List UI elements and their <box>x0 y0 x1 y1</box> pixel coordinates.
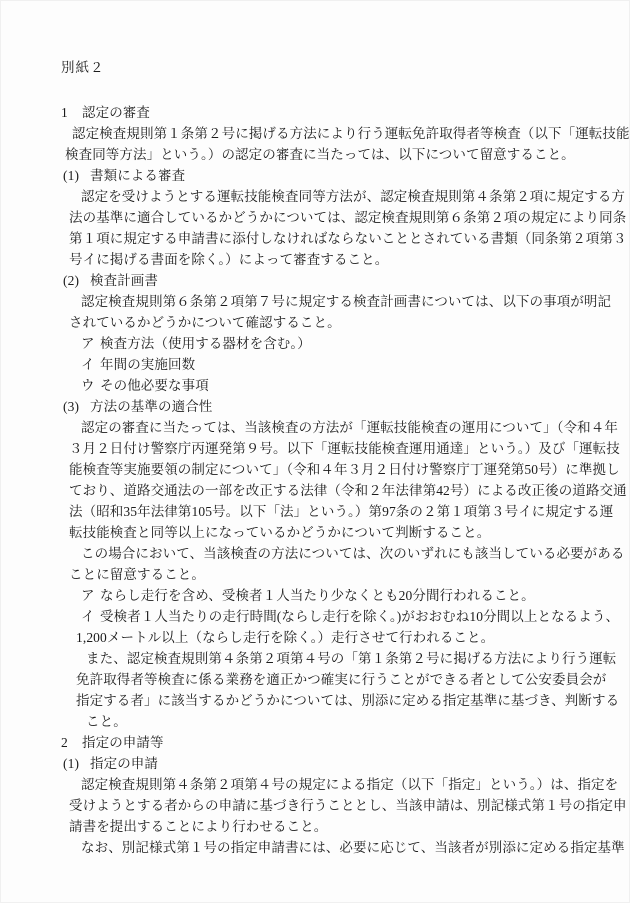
item-marker: (1) <box>63 753 90 774</box>
line-text: ３月２日付け警察庁丙運発第９号。以下「運転技能検査運用通達」という。）及び「運転… <box>69 441 620 456</box>
line-text: 請書を提出することにより行わせること。 <box>69 819 327 834</box>
line-text: 能検査等実施要領の制定について」（令和４年３月２日付け警察庁丁運発第50号）に準… <box>69 462 620 477</box>
doc-line: 認定を受けようとする運転技能検査同等方法が、認定検査規則第４条第２項に規定する方 <box>0 186 630 207</box>
doc-line: (1)指定の申請 <box>0 753 630 774</box>
line-text: 第１項に規定する申請書に添付しなければならないこととされている書類（同条第２項第… <box>69 231 627 246</box>
item-marker: (1) <box>63 165 90 186</box>
item-marker: ア <box>81 333 100 354</box>
item-marker: 1 <box>61 102 82 123</box>
doc-line: (3)方法の基準の適合性 <box>0 396 630 417</box>
doc-line: イ年間の実施回数 <box>0 354 630 375</box>
line-text: 号イに掲げる書面を除く。）によって審査すること。 <box>69 252 388 267</box>
document-page: 別紙２ 1認定の審査認定検査規則第１条第２号に掲げる方法により行う運転免許取得者… <box>0 0 630 903</box>
doc-line: 能検査等実施要領の制定について」（令和４年３月２日付け警察庁丁運発第50号）に準… <box>0 459 630 480</box>
item-marker: (3) <box>63 396 90 417</box>
doc-line: 認定検査規則第６条第２項第７号に規定する検査計画書については、以下の事項が明記 <box>0 291 630 312</box>
doc-line: 請書を提出することにより行わせること。 <box>0 816 630 837</box>
line-text: こと。 <box>86 714 127 729</box>
doc-line: されているかどうかについて確認すること。 <box>0 312 630 333</box>
line-text: 認定の審査に当たっては、当該検査の方法が「運転技能検査の運用について」（令和４年 <box>81 420 618 435</box>
doc-line: 認定検査規則第１条第２号に掲げる方法により行う運転免許取得者等検査（以下「運転技… <box>0 123 630 144</box>
line-text: 指定の申請 <box>90 756 158 771</box>
line-text: 法（昭和35年法律第105号。以下「法」という。）第97条の２第１項第３号イに規… <box>69 504 613 519</box>
line-text: 検査方法（使用する器材を含む。） <box>100 336 311 351</box>
line-text: 受けようとする者からの申請に基づき行うこととし、当該申請は、別記様式第１号の指定… <box>69 798 627 813</box>
line-text: 年間の実施回数 <box>100 357 195 372</box>
doc-line: 2指定の申請等 <box>0 732 630 753</box>
line-text: 認定検査規則第６条第２項第７号に規定する検査計画書については、以下の事項が明記 <box>81 294 611 309</box>
doc-line: (1)書類による審査 <box>0 165 630 186</box>
line-text: ており、道路交通法の一部を改正する法律（令和２年法律第42号）による改正後の道路… <box>69 483 627 498</box>
doc-line: こと。 <box>0 711 630 732</box>
item-marker: 2 <box>61 732 82 753</box>
line-text: この場合において、当該検査の方法については、次のいずれにも該当している必要がある <box>81 546 624 561</box>
line-text: 検査同等方法」という。）の認定の審査に当たっては、以下について留意すること。 <box>65 147 575 162</box>
line-text: されているかどうかについて確認すること。 <box>69 315 341 330</box>
doc-line: 転技能検査と同等以上になっているかどうかについて判断すること。 <box>0 522 630 543</box>
line-text: なお、別記様式第１号の指定申請書には、必要に応じて、当該者が別添に定める指定基準 <box>81 840 625 855</box>
line-text: 指定の申請等 <box>82 735 164 750</box>
doc-line: 指定する者」に該当するかどうかについては、別添に定める指定基準に基づき、判断する <box>0 690 630 711</box>
line-text: また、認定検査規則第４条第２項第４号の「第１条第２号に掲げる方法により行う運転 <box>86 651 616 666</box>
doc-line: また、認定検査規則第４条第２項第４号の「第１条第２号に掲げる方法により行う運転 <box>0 648 630 669</box>
doc-line: 法（昭和35年法律第105号。以下「法」という。）第97条の２第１項第３号イに規… <box>0 501 630 522</box>
doc-line: アならし走行を含め、受検者１人当たり少なくとも20分間行われること。 <box>0 585 630 606</box>
item-marker: イ <box>81 354 100 375</box>
line-text: 認定の審査 <box>82 105 150 120</box>
line-text: 転技能検査と同等以上になっているかどうかについて判断すること。 <box>69 525 490 540</box>
doc-line: ており、道路交通法の一部を改正する法律（令和２年法律第42号）による改正後の道路… <box>0 480 630 501</box>
doc-line: 認定検査規則第４条第２項第４号の規定による指定（以下「指定」という。）は、指定を <box>0 774 630 795</box>
line-text: 法の基準に適合しているかどうかについては、認定検査規則第６条第２項の規定により同… <box>69 210 626 225</box>
doc-line: (2)検査計画書 <box>0 270 630 291</box>
doc-line: この場合において、当該検査の方法については、次のいずれにも該当している必要がある <box>0 543 630 564</box>
line-text: ことに留意すること。 <box>69 567 205 582</box>
doc-line: ことに留意すること。 <box>0 564 630 585</box>
doc-line: 法の基準に適合しているかどうかについては、認定検査規則第６条第２項の規定により同… <box>0 207 630 228</box>
line-text: 指定する者」に該当するかどうかについては、別添に定める指定基準に基づき、判断する <box>76 693 619 708</box>
doc-line: ア検査方法（使用する器材を含む。） <box>0 333 630 354</box>
line-text: ならし走行を含め、受検者１人当たり少なくとも20分間行われること。 <box>100 588 535 603</box>
line-text: 免許取得者等検査に係る業務を適正かつ確実に行うことができる者として公安委員会が <box>76 672 606 687</box>
doc-line: 免許取得者等検査に係る業務を適正かつ確実に行うことができる者として公安委員会が <box>0 669 630 690</box>
doc-line: ウその他必要な事項 <box>0 375 630 396</box>
item-marker: ア <box>81 585 100 606</box>
line-text: 1,200メートル以上（ならし走行を除く。）走行させて行われること。 <box>76 630 494 645</box>
document-body: 1認定の審査認定検査規則第１条第２号に掲げる方法により行う運転免許取得者等検査（… <box>0 102 630 858</box>
doc-line: 第１項に規定する申請書に添付しなければならないこととされている書類（同条第２項第… <box>0 228 630 249</box>
doc-line: 認定の審査に当たっては、当該検査の方法が「運転技能検査の運用について」（令和４年 <box>0 417 630 438</box>
line-text: 受検者１人当たりの走行時間(ならし走行を除く。)がおおむね10分間以上となるよう… <box>100 609 619 624</box>
doc-line: ３月２日付け警察庁丙運発第９号。以下「運転技能検査運用通達」という。）及び「運転… <box>0 438 630 459</box>
line-text: 書類による審査 <box>90 168 185 183</box>
attachment-label: 別紙２ <box>61 59 105 77</box>
item-marker: イ <box>81 606 100 627</box>
line-text: 認定検査規則第１条第２号に掲げる方法により行う運転免許取得者等検査（以下「運転技… <box>72 126 630 141</box>
line-text: 認定検査規則第４条第２項第４号の規定による指定（以下「指定」という。）は、指定を <box>81 777 618 792</box>
line-text: 認定を受けようとする運転技能検査同等方法が、認定検査規則第４条第２項に規定する方 <box>81 189 625 204</box>
doc-line: 検査同等方法」という。）の認定の審査に当たっては、以下について留意すること。 <box>0 144 630 165</box>
doc-line: 1,200メートル以上（ならし走行を除く。）走行させて行われること。 <box>0 627 630 648</box>
line-text: 検査計画書 <box>90 273 158 288</box>
doc-line: 号イに掲げる書面を除く。）によって審査すること。 <box>0 249 630 270</box>
doc-line: なお、別記様式第１号の指定申請書には、必要に応じて、当該者が別添に定める指定基準 <box>0 837 630 858</box>
doc-line: 1認定の審査 <box>0 102 630 123</box>
line-text: 方法の基準の適合性 <box>90 399 212 414</box>
doc-line: イ受検者１人当たりの走行時間(ならし走行を除く。)がおおむね10分間以上となるよ… <box>0 606 630 627</box>
line-text: その他必要な事項 <box>100 378 209 393</box>
doc-line: 受けようとする者からの申請に基づき行うこととし、当該申請は、別記様式第１号の指定… <box>0 795 630 816</box>
item-marker: ウ <box>81 375 100 396</box>
item-marker: (2) <box>63 270 90 291</box>
